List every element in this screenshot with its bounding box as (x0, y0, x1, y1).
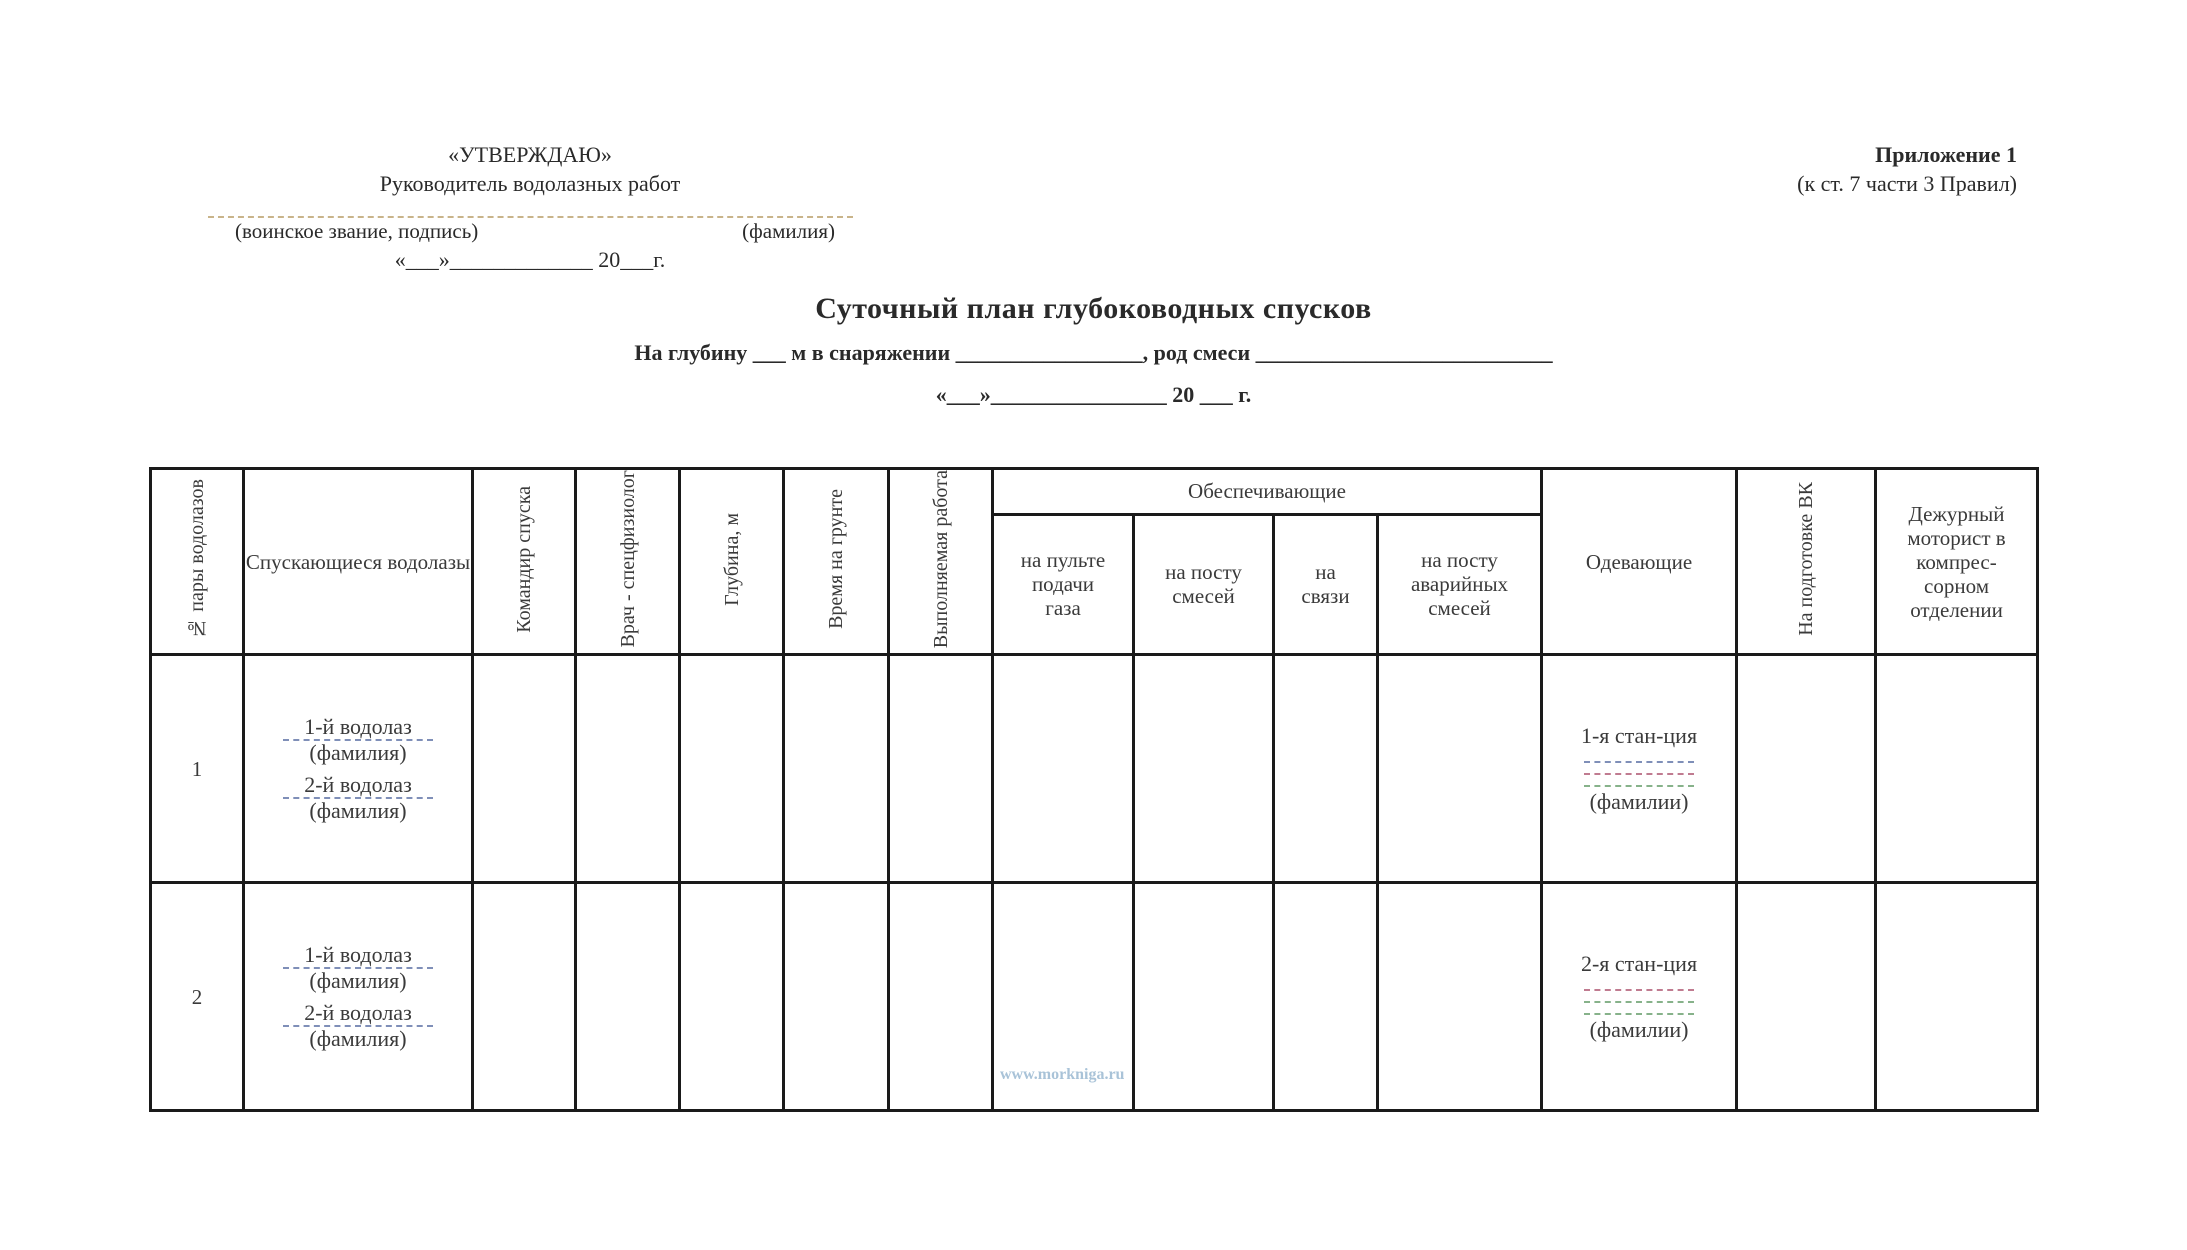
col-header-work-performed: Выполняемая работа (889, 469, 993, 655)
depth-cell[interactable] (680, 655, 784, 883)
diver1-caption: (фамилия) (245, 741, 471, 765)
dive-plan-table: № пары водолазов Спускающиеся водолазы К… (149, 467, 2039, 1112)
time-on-ground-cell[interactable] (784, 655, 889, 883)
physician-cell[interactable] (576, 655, 680, 883)
document-subtitle[interactable]: На глубину ___ м в снаряжении __________… (0, 340, 2187, 366)
work-performed-cell[interactable] (889, 655, 993, 883)
vk-preparation-cell[interactable] (1737, 883, 1876, 1111)
col-header-dressers: Одевающие (1542, 469, 1737, 655)
emergency-mix-post-cell[interactable] (1378, 883, 1542, 1111)
mix-post-cell[interactable] (1134, 883, 1274, 1111)
col-header-pair-number: № пары водолазов (151, 469, 244, 655)
diver2-caption: (фамилия) (245, 799, 471, 823)
descent-commander-cell[interactable] (473, 883, 576, 1111)
watermark: www.morkniga.ru (1000, 1066, 1124, 1084)
diver2-label: 2-й водолаз (245, 1001, 471, 1025)
approval-date-line[interactable]: «___»_____________ 20___г. (200, 244, 860, 276)
appendix-reference: (к ст. 7 части 3 Правил) (1797, 170, 2017, 198)
col-header-descending-divers: Спускающиеся водолазы (244, 469, 473, 655)
divers-cell[interactable]: 1-й водолаз (фамилия) 2-й водолаз (фамил… (244, 883, 473, 1111)
dressers-cell[interactable]: 1-я стан-ция (фамилии) (1542, 655, 1737, 883)
duty-motorist-cell[interactable] (1876, 655, 2038, 883)
col-header-emergency-mix-post: на посту аварийных смесей (1378, 514, 1542, 655)
station-name-line[interactable] (1584, 989, 1694, 991)
diver1-label: 1-й водолаз (245, 715, 471, 739)
document-title: Суточный план глубоководных спусков (0, 292, 2187, 326)
work-performed-cell[interactable] (889, 883, 993, 1111)
col-header-mix-post: на посту смесей (1134, 514, 1274, 655)
time-on-ground-cell[interactable] (784, 883, 889, 1111)
diver2-label: 2-й водолаз (245, 773, 471, 797)
signature-caption-right: (фамилия) (742, 218, 835, 244)
approval-heading: «УТВЕРЖДАЮ» (200, 140, 860, 170)
depth-cell[interactable] (680, 883, 784, 1111)
signature-caption-left: (воинское звание, подпись) (235, 218, 478, 244)
col-header-communication: на связи (1274, 514, 1378, 655)
pair-number-cell: 1 (151, 655, 244, 883)
diver1-caption: (фамилия) (245, 969, 471, 993)
col-header-time-on-ground: Время на грунте (784, 469, 889, 655)
station-caption: (фамилии) (1543, 787, 1735, 817)
approval-block: «УТВЕРЖДАЮ» Руководитель водолазных рабо… (200, 140, 860, 276)
col-header-depth: Глубина, м (680, 469, 784, 655)
diver1-label: 1-й водолаз (245, 943, 471, 967)
approval-role: Руководитель водолазных работ (200, 170, 860, 198)
station-name-line[interactable] (1584, 773, 1694, 775)
station-name-line[interactable] (1584, 1001, 1694, 1003)
gas-panel-cell[interactable] (993, 655, 1134, 883)
dressers-cell[interactable]: 2-я стан-ция (фамилии) (1542, 883, 1737, 1111)
signature-captions: (воинское звание, подпись) (фамилия) (200, 218, 860, 244)
col-header-duty-motorist: Дежурный моторист в компрес-сорном отдел… (1876, 469, 2038, 655)
emergency-mix-post-cell[interactable] (1378, 655, 1542, 883)
physician-cell[interactable] (576, 883, 680, 1111)
station-name-line[interactable] (1584, 761, 1694, 763)
station-label: 1-я стан-ция (1543, 721, 1735, 751)
divers-cell[interactable]: 1-й водолаз (фамилия) 2-й водолаз (фамил… (244, 655, 473, 883)
diver2-caption: (фамилия) (245, 1027, 471, 1051)
descent-commander-cell[interactable] (473, 655, 576, 883)
appendix-block: Приложение 1 (к ст. 7 части 3 Правил) (1797, 140, 2017, 198)
vk-preparation-cell[interactable] (1737, 655, 1876, 883)
col-header-supporting-group: Обеспечивающие (993, 469, 1542, 515)
duty-motorist-cell[interactable] (1876, 883, 2038, 1111)
station-caption: (фамилии) (1543, 1015, 1735, 1045)
col-header-descent-commander: Командир спуска (473, 469, 576, 655)
table-row: 1 1-й водолаз (фамилия) 2-й водолаз (фам… (151, 655, 2038, 883)
communication-cell[interactable] (1274, 655, 1378, 883)
col-header-physician: Врач - спецфизиолог (576, 469, 680, 655)
document-date-line[interactable]: «___»________________ 20 ___ г. (0, 382, 2187, 408)
communication-cell[interactable] (1274, 883, 1378, 1111)
pair-number-cell: 2 (151, 883, 244, 1111)
col-header-gas-panel: на пульте подачи газа (993, 514, 1134, 655)
mix-post-cell[interactable] (1134, 655, 1274, 883)
station-label: 2-я стан-ция (1543, 949, 1735, 979)
col-header-vk-preparation: На подготовке ВК (1737, 469, 1876, 655)
header-row: № пары водолазов Спускающиеся водолазы К… (151, 469, 2038, 515)
appendix-title: Приложение 1 (1797, 140, 2017, 170)
